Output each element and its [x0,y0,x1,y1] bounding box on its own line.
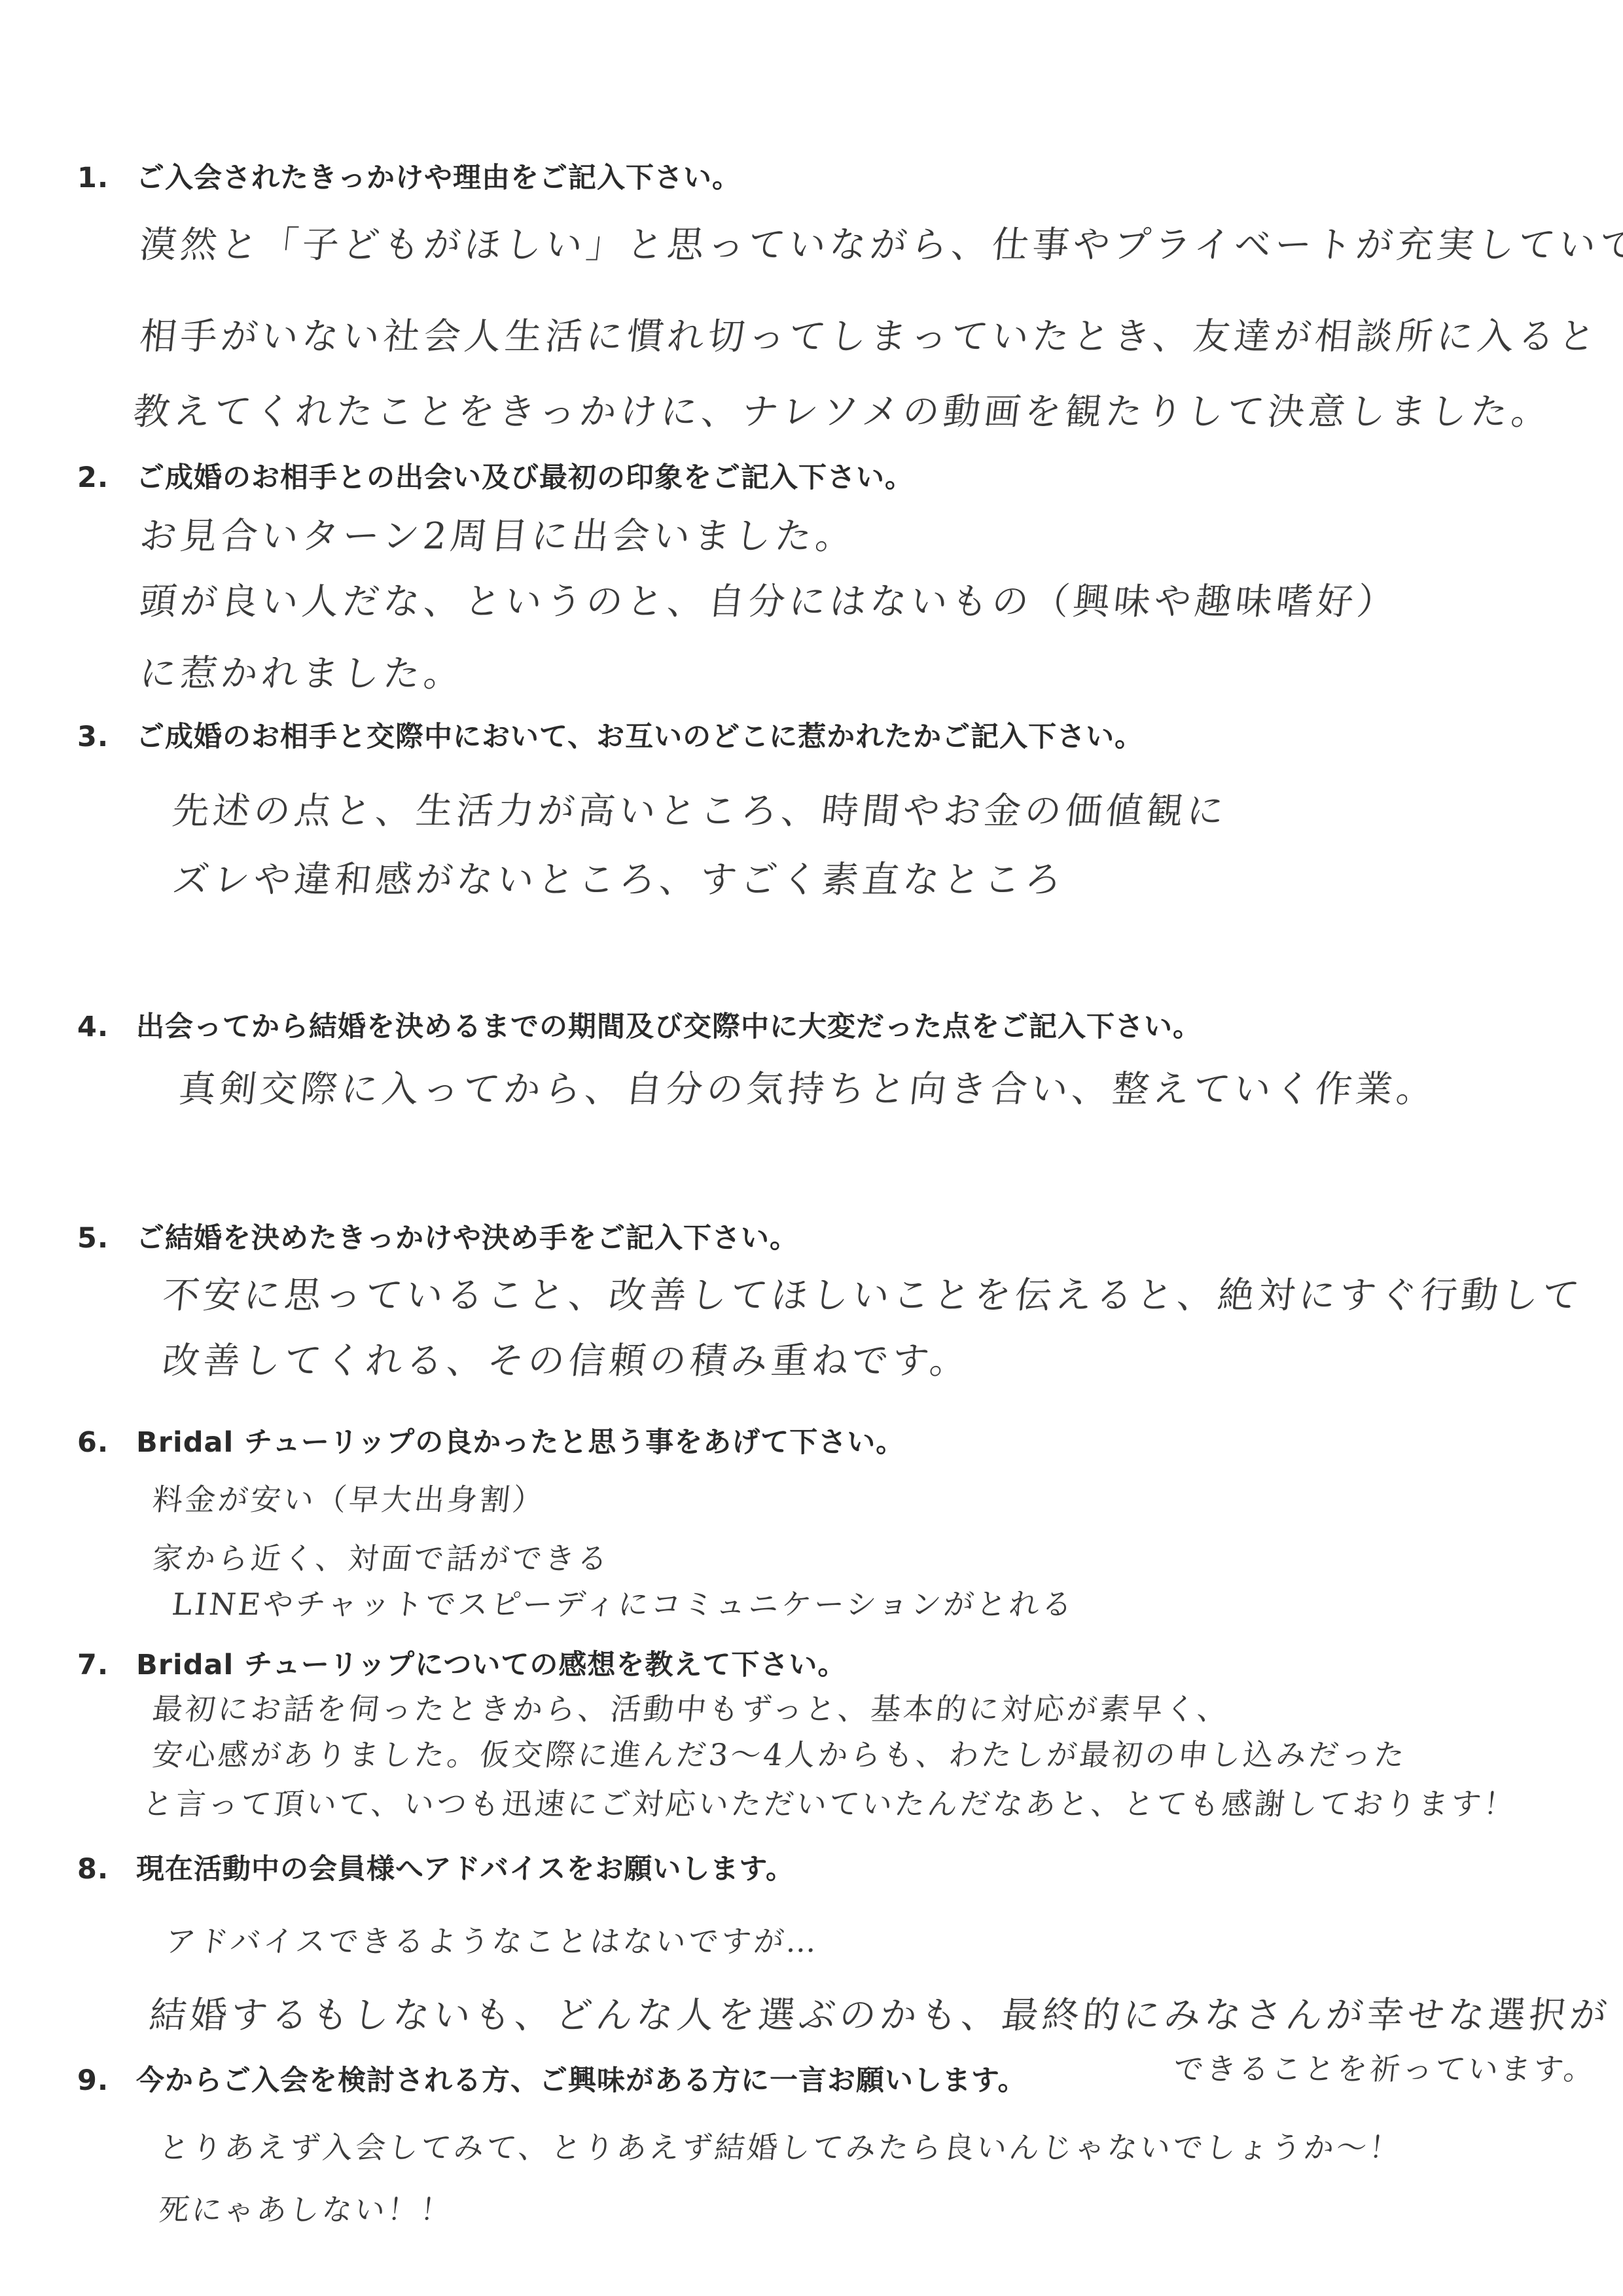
answer-3-line-2: ズレや違和感がないところ、すごく素直なところ [170,851,1068,903]
question-6-text: Bridal チューリップの良かったと思う事をあげて下さい。 [136,1426,904,1459]
question-7: 7.Bridal チューリップについての感想を教えて下さい。 [77,1643,846,1683]
answer-6-line-1: 料金が安い（早大出身割） [151,1476,548,1519]
answer-7-line-1: 最初にお話を伺ったときから、活動中もずっと、基本的に対応が素早く、 [151,1685,1232,1729]
answer-2-line-3: に惹かれました。 [137,645,467,697]
question-8-text: 現在活動中の会員様へアドバイスをお願いします。 [136,1853,794,1886]
question-4: 4.出会ってから結婚を決めるまでの期間及び交際中に大変だった点をご記入下さい。 [77,1005,1202,1045]
answer-8-line-3: できることを祈っています。 [1171,2045,1599,2089]
question-3: 3.ご成婚のお相手と交際中において、お互いのどこに惹かれたかご記入下さい。 [77,715,1143,755]
question-2: 2.ご成婚のお相手との出会い及び最初の印象をご記入下さい。 [77,456,914,495]
answer-1-line-2: 相手がいない社会人生活に慣れ切ってしまっていたとき、友達が相談所に入ると [137,308,1602,360]
question-1: 1.ご入会されたきっかけや理由をご記入下さい。 [77,156,741,196]
question-9: 9.今からご入会を検討される方、ご興味がある方に一言お願いします。 [77,2058,1027,2098]
question-5-text: ご結婚を決めたきっかけや決め手をご記入下さい。 [136,1222,798,1255]
question-1-text: ご入会されたきっかけや理由をご記入下さい。 [136,162,741,194]
answer-6-line-2: 家から近く、対面で話ができる [151,1535,613,1578]
question-2-text: ご成婚のお相手との出会い及び最初の印象をご記入下さい。 [136,461,914,494]
answer-5-line-2: 改善してくれる、その信頼の積み重ねです。 [160,1332,974,1384]
answer-5-line-1: 不安に思っていること、改善してほしいことを伝えると、絶対にすぐ行動して [160,1266,1586,1319]
question-3-text: ご成婚のお相手と交際中において、お互いのどこに惹かれたかご記入下さい。 [136,721,1143,753]
question-8: 8.現在活動中の会員様へアドバイスをお願いします。 [77,1847,794,1887]
question-7-text: Bridal チューリップについての感想を教えて下さい。 [136,1649,846,1681]
answer-2-line-2: 頭が良い人だな、というのと、自分にはないもの（興味や趣味嗜好） [137,573,1400,625]
answer-7-line-3: と言って頂いて、いつも迅速にご対応いただいていたんだなあと、とても感謝しておりま… [141,1780,1519,1823]
answer-9-line-2: 死にゃあしない！！ [157,2186,455,2229]
answer-7-line-2: 安心感がありました。仮交際に進んだ3～4人からも、わたしが最初の申し込みだった [151,1731,1409,1774]
question-5: 5.ご結婚を決めたきっかけや決め手をご記入下さい。 [77,1216,798,1256]
question-4-text: 出会ってから結婚を決めるまでの期間及び交際中に大変だった点をご記入下さい。 [136,1011,1202,1043]
answer-3-line-1: 先述の点と、生活力が高いところ、時間やお金の価値観に [170,782,1230,834]
answer-2-line-1: お見合いターン2周目に出会いました。 [137,507,859,560]
answer-4-line-1: 真剣交際に入ってから、自分の気持ちと向き合い、整えていく作業。 [177,1060,1440,1113]
answer-1-line-1: 漠然と「子どもがほしい」と思っていながら、仕事やプライベートが充実していて [137,216,1623,268]
answer-6-line-3: LINEやチャットでスピーディにコミュニケーションがとれる [170,1581,1077,1624]
answer-8-line-1: アドバイスできるようなことはないですが… [164,1918,822,1961]
answer-8-line-2: 結婚するもしないも、どんな人を選ぶのかも、最終的にみなさんが幸せな選択が [147,1986,1613,2039]
question-6: 6.Bridal チューリップの良かったと思う事をあげて下さい。 [77,1420,904,1460]
answer-1-line-3: 教えてくれたことをきっかけに、ナレソメの動画を観たりして決意しました。 [131,383,1555,435]
answer-9-line-1: とりあえず入会してみて、とりあえず結婚してみたら良いんじゃないでしょうか～！ [157,2124,1404,2167]
question-9-text: 今からご入会を検討される方、ご興味がある方に一言お願いします。 [136,2064,1027,2097]
